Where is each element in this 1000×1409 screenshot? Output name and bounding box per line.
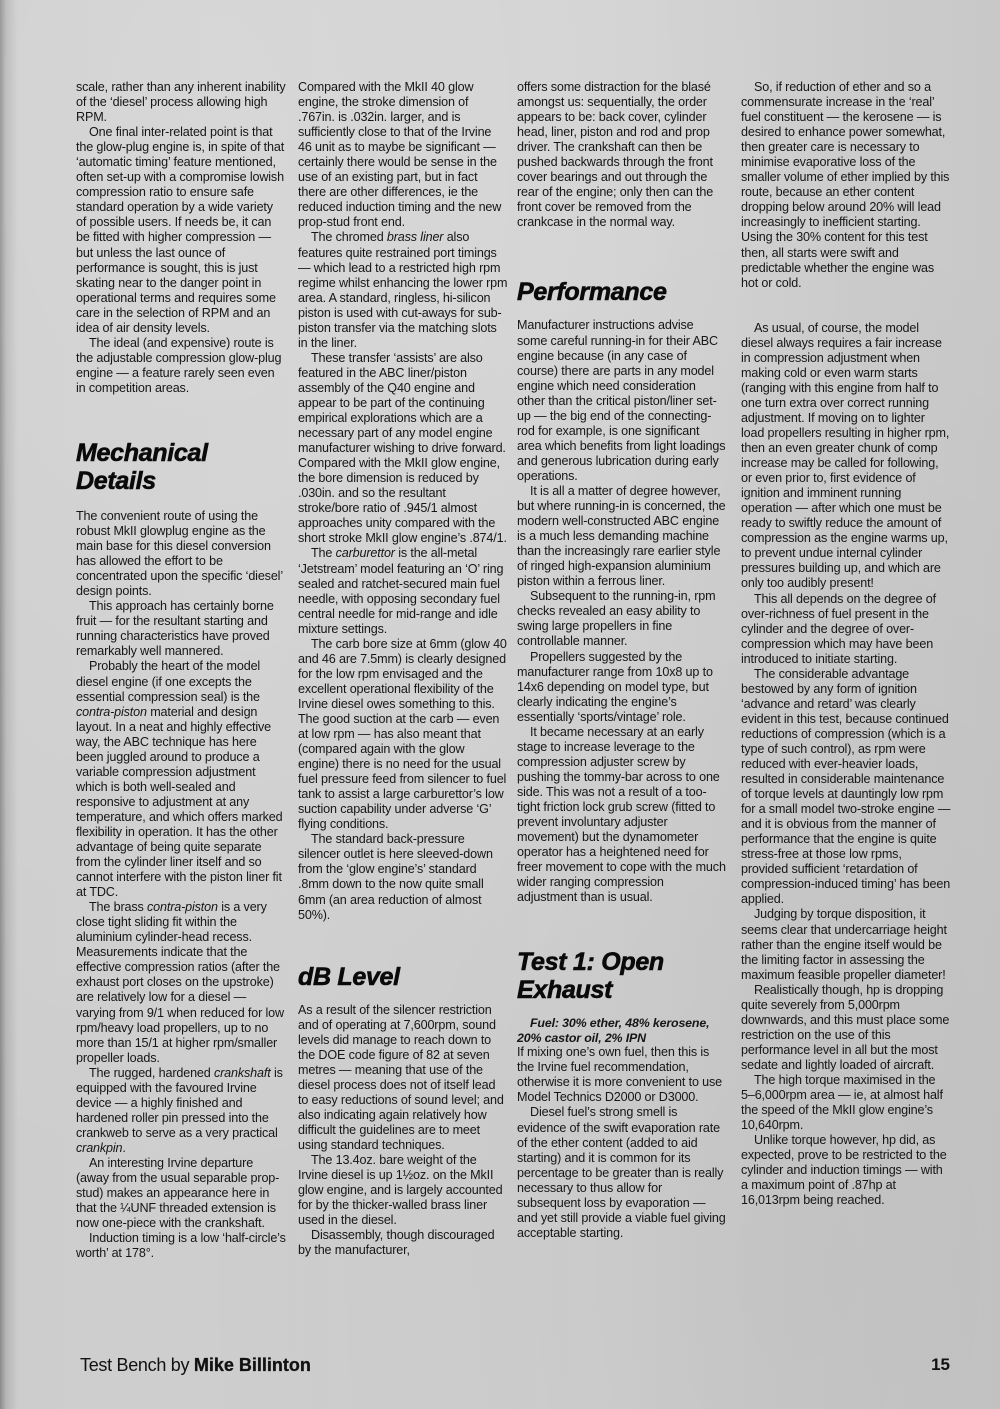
paragraph: Induction timing is a low ‘half-circle’s… bbox=[76, 1231, 286, 1261]
column-gap bbox=[741, 291, 951, 321]
paragraph: Disassembly, though discouraged by the m… bbox=[298, 1228, 508, 1258]
footer-section-label: Test Bench by bbox=[80, 1355, 194, 1375]
paragraph: The high torque maximised in the 5–6,000… bbox=[741, 1073, 951, 1133]
paragraph: One final inter-related point is that th… bbox=[76, 125, 286, 336]
fuel-mix-subheading: Fuel: 30% ether, 48% kerosene, 20% casto… bbox=[517, 1016, 727, 1045]
paragraph: It is all a matter of degree however, bu… bbox=[517, 484, 727, 589]
paragraph: The brass contra-piston is a very close … bbox=[76, 900, 286, 1066]
paragraph: If mixing one’s own fuel, then this is t… bbox=[517, 1045, 727, 1105]
column-4: So, if reduction of ether and so a comme… bbox=[741, 80, 951, 1208]
paragraph: This all depends on the degree of over-r… bbox=[741, 592, 951, 667]
paragraph: Propellers suggested by the manufacturer… bbox=[517, 650, 727, 725]
paragraph: It became necessary at an early stage to… bbox=[517, 725, 727, 906]
paragraph: Realistically though, hp is dropping qui… bbox=[741, 983, 951, 1073]
paragraph: The carb bore size at 6mm (glow 40 and 4… bbox=[298, 637, 508, 833]
article-page: scale, rather than any inherent inabilit… bbox=[76, 80, 950, 1320]
paragraph: Judging by torque disposition, it seems … bbox=[741, 907, 951, 982]
footer-author: Mike Billinton bbox=[194, 1355, 311, 1375]
paragraph: offers some distraction for the blasé am… bbox=[517, 80, 727, 230]
section-heading: Test 1: Open Exhaust bbox=[517, 948, 727, 1004]
section-heading: Performance bbox=[517, 278, 727, 306]
paragraph: Diesel fuel’s strong smell is evidence o… bbox=[517, 1105, 727, 1240]
page-footer: Test Bench by Mike Billinton 15 bbox=[80, 1355, 950, 1379]
page-number: 15 bbox=[931, 1355, 950, 1375]
paragraph: Subsequent to the running-in, rpm checks… bbox=[517, 589, 727, 649]
paragraph: scale, rather than any inherent inabilit… bbox=[76, 80, 286, 125]
section-heading: Mechanical Details bbox=[76, 439, 286, 495]
paragraph: The carburettor is the all-metal ‘Jetstr… bbox=[298, 546, 508, 636]
paragraph: This approach has certainly borne fruit … bbox=[76, 599, 286, 659]
paragraph: These transfer ‘assists’ are also featur… bbox=[298, 351, 508, 547]
column-3: offers some distraction for the blasé am… bbox=[517, 80, 727, 1241]
paragraph: The considerable advantage bestowed by a… bbox=[741, 667, 951, 908]
paragraph: The 13.4oz. bare weight of the Irvine di… bbox=[298, 1153, 508, 1228]
paragraph: The rugged, hardened crankshaft is equip… bbox=[76, 1066, 286, 1156]
paragraph: The standard back-pressure silencer outl… bbox=[298, 832, 508, 922]
paragraph: So, if reduction of ether and so a comme… bbox=[741, 80, 951, 230]
paragraph: An interesting Irvine departure (away fr… bbox=[76, 1156, 286, 1231]
section-heading: dB Level bbox=[298, 963, 508, 991]
paragraph: Compared with the MkII 40 glow engine, t… bbox=[298, 80, 508, 230]
paragraph: As usual, of course, the model diesel al… bbox=[741, 321, 951, 592]
paragraph: The chromed brass liner also features qu… bbox=[298, 230, 508, 350]
paragraph: As a result of the silencer restriction … bbox=[298, 1003, 508, 1153]
paragraph: Using the 30% content for this test then… bbox=[741, 230, 951, 290]
paragraph: Probably the heart of the model diesel e… bbox=[76, 659, 286, 900]
paragraph: The ideal (and expensive) route is the a… bbox=[76, 336, 286, 396]
column-2: Compared with the MkII 40 glow engine, t… bbox=[298, 80, 508, 1258]
paragraph: Unlike torque however, hp did, as expect… bbox=[741, 1133, 951, 1208]
paragraph: The convenient route of using the robust… bbox=[76, 509, 286, 599]
column-1: scale, rather than any inherent inabilit… bbox=[76, 80, 286, 1261]
paragraph: Manufacturer instructions advise some ca… bbox=[517, 318, 727, 484]
